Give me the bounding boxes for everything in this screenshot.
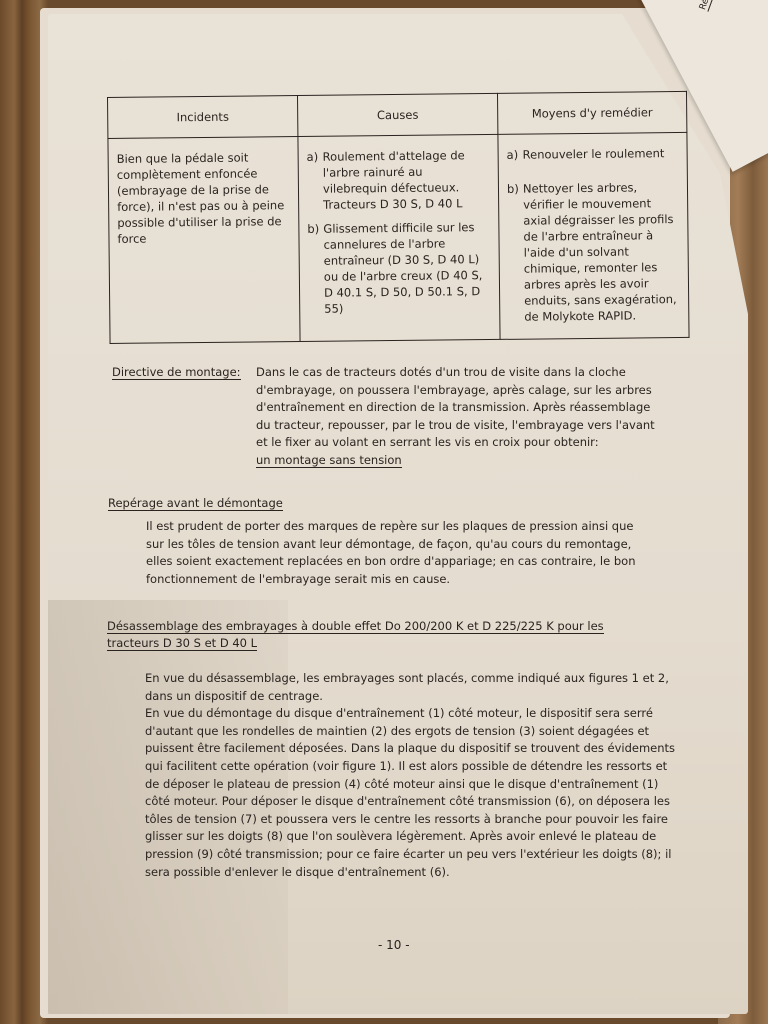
- directive-label: Directive de montage:: [112, 365, 241, 380]
- reperage-heading: Repérage avant le démontage: [108, 496, 283, 511]
- header-incidents: Incidents: [108, 96, 298, 139]
- directive-label-wrap: Directive de montage:: [112, 364, 252, 382]
- page-number: - 10 -: [378, 938, 410, 952]
- directive-body: Dans le cas de tracteurs dotés d'un trou…: [256, 364, 656, 470]
- causes-cell: a) Roulement d'attelage de l'arbre rainu…: [298, 134, 500, 341]
- cause-item: b) Glissement difficile sur les cannelur…: [307, 219, 491, 317]
- header-remedies: Moyens d'y remédier: [497, 91, 686, 134]
- desassemblage-heading: Désassemblage des embrayages à double ef…: [107, 619, 604, 651]
- directive-text: Dans le cas de tracteurs dotés d'un trou…: [256, 364, 656, 452]
- reperage-heading-wrap: Repérage avant le démontage: [108, 496, 283, 511]
- header-causes: Causes: [297, 93, 497, 136]
- desassemblage-paragraph-2: En vue du démontage du disque d'entraîne…: [145, 705, 677, 881]
- directive-emphasis: un montage sans tension: [256, 453, 402, 468]
- remedies-cell: a) Renouveler le roulement b) Nettoyer l…: [498, 132, 689, 339]
- remedy-item: a) Renouveler le roulement: [507, 145, 679, 163]
- desassemblage-body: En vue du désassemblage, les embrayages …: [145, 670, 677, 881]
- incident-cell: Bien que la pédale soit complètement enf…: [108, 137, 300, 344]
- cause-item: a) Roulement d'attelage de l'arbre rainu…: [307, 147, 491, 213]
- reperage-text: Il est prudent de porter des marques de …: [146, 518, 646, 588]
- desassemblage-heading-wrap: Désassemblage des embrayages à double ef…: [107, 618, 647, 652]
- desassemblage-paragraph-1: En vue du désassemblage, les embrayages …: [145, 670, 677, 705]
- troubleshooting-table: Incidents Causes Moyens d'y remédier Bie…: [107, 91, 690, 344]
- remedy-item: b) Nettoyer les arbres, vérifier le mouv…: [507, 179, 680, 325]
- incident-text: Bien que la pédale soit complètement enf…: [117, 149, 291, 247]
